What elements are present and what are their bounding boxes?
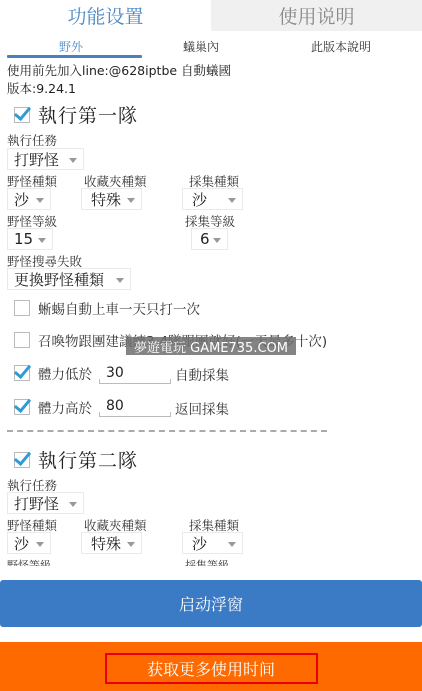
team2-monster-type-select[interactable]: 沙: [7, 532, 51, 554]
team2-favorites-type-select[interactable]: 特殊: [81, 532, 142, 554]
team1-task-value: 打野怪: [14, 149, 59, 170]
dropdown-caret-icon: [127, 542, 135, 547]
team1-monster-type-select[interactable]: 沙: [7, 188, 51, 210]
team2-monster-type-value: 沙: [14, 533, 29, 554]
team1-header[interactable]: 執行第一隊: [14, 101, 138, 128]
team1-checkbox[interactable]: [14, 107, 30, 123]
stamina-high-suffix: 返回採集: [175, 398, 229, 418]
top-tab-bar: 功能设置 使用说明: [0, 0, 422, 31]
team1-title: 執行第一隊: [38, 101, 138, 128]
subtab-field[interactable]: 野外: [0, 33, 142, 59]
stamina-high-row: 體力高於: [14, 397, 92, 417]
sub-tab-bar: 野外 蟻巢內 此版本說明: [0, 33, 422, 59]
team2-task-select[interactable]: 打野怪: [7, 492, 84, 514]
dropdown-caret-icon: [228, 542, 236, 547]
team1-gather-type-select[interactable]: 沙: [182, 188, 243, 210]
team1-monster-type-value: 沙: [14, 189, 29, 210]
team1-search-fail-select[interactable]: 更換野怪種類: [7, 268, 131, 290]
dropdown-caret-icon: [127, 198, 135, 203]
team2-title: 執行第二隊: [38, 446, 138, 473]
team2-gather-type-value: 沙: [192, 533, 207, 554]
dropdown-caret-icon: [36, 542, 44, 547]
watermark-overlay: 夢遊電玩 GAME735.COM: [126, 337, 296, 355]
subtab-ant-nest[interactable]: 蟻巢內: [142, 33, 260, 59]
team2-monster-level-label: 野怪等級: [7, 557, 51, 566]
info-line-version: 版本:9.24.1: [7, 79, 76, 97]
team2-gather-type-select[interactable]: 沙: [182, 532, 243, 554]
get-more-time-label: 获取更多使用时间: [105, 653, 318, 684]
team-divider: [7, 430, 327, 432]
team2-checkbox[interactable]: [14, 452, 30, 468]
team1-monster-level-value: 15: [14, 230, 33, 248]
stamina-high-prefix: 體力高於: [38, 397, 92, 417]
team2-gather-level-label: 採集等級: [185, 557, 229, 566]
dropdown-caret-icon: [228, 198, 236, 203]
team1-task-select[interactable]: 打野怪: [7, 148, 84, 170]
tab-instructions[interactable]: 使用说明: [211, 0, 422, 31]
team2-favorites-type-value: 特殊: [91, 533, 121, 554]
start-float-window-button[interactable]: 启动浮窗: [0, 580, 422, 627]
stamina-low-row: 體力低於: [14, 363, 92, 383]
team1-gather-level-select[interactable]: 6: [191, 228, 228, 250]
team1-gather-level-value: 6: [200, 230, 210, 248]
team1-monster-level-select[interactable]: 15: [7, 228, 53, 250]
option-summon-checkbox[interactable]: [14, 332, 30, 348]
stamina-high-input[interactable]: 80: [99, 395, 171, 417]
team2-header[interactable]: 執行第二隊: [14, 446, 138, 473]
option-lizard-label: 蜥蜴自動上車一天只打一次: [38, 298, 200, 318]
option-lizard-checkbox[interactable]: [14, 300, 30, 316]
stamina-low-checkbox[interactable]: [14, 365, 30, 381]
stamina-low-input[interactable]: 30: [99, 362, 171, 384]
dropdown-caret-icon: [36, 198, 44, 203]
stamina-high-checkbox[interactable]: [14, 399, 30, 415]
dropdown-caret-icon: [69, 502, 77, 507]
team1-search-fail-value: 更換野怪種類: [14, 269, 104, 290]
team1-favorites-type-select[interactable]: 特殊: [81, 188, 142, 210]
stamina-low-suffix: 自動採集: [175, 364, 229, 384]
stamina-low-prefix: 體力低於: [38, 363, 92, 383]
team1-favorites-type-value: 特殊: [91, 189, 121, 210]
dropdown-caret-icon: [38, 238, 46, 243]
dropdown-caret-icon: [69, 158, 77, 163]
option-lizard-once-daily[interactable]: 蜥蜴自動上車一天只打一次: [14, 298, 200, 318]
get-more-time-button[interactable]: 获取更多使用时间: [0, 642, 422, 691]
team1-gather-type-value: 沙: [192, 189, 207, 210]
team1-task-label: 執行任務: [7, 131, 57, 149]
info-line-contact: 使用前先加入line:@628iptbe 自動蟻國: [7, 61, 231, 79]
team2-task-value: 打野怪: [14, 493, 59, 514]
dropdown-caret-icon: [116, 278, 124, 283]
subtab-version-notes[interactable]: 此版本說明: [260, 33, 422, 59]
dropdown-caret-icon: [213, 238, 221, 243]
tab-function-settings[interactable]: 功能设置: [0, 0, 211, 31]
